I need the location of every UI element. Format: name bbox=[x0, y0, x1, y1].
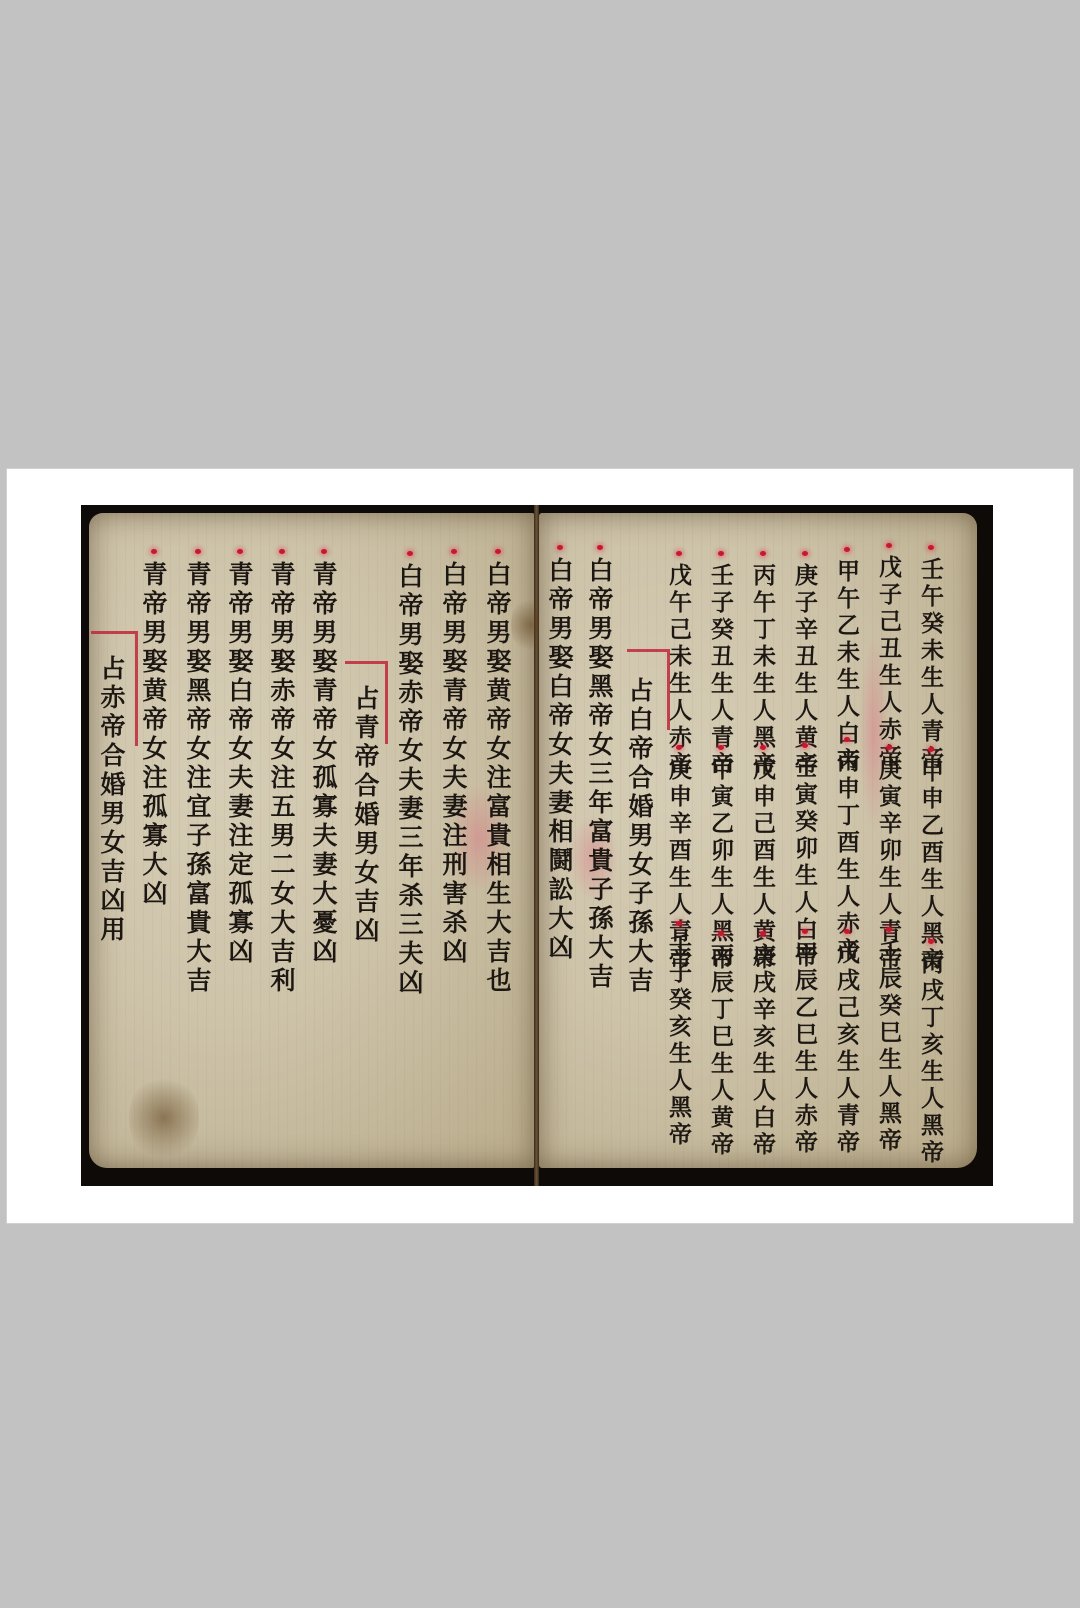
cycle-text: 丙戌丁亥生人黑帝 bbox=[917, 951, 944, 1167]
cycle-col-1-top: 壬午癸未生人青帝 bbox=[919, 557, 942, 773]
entry-text: 青帝男娶黑帝女注宜子孫富貴大吉 bbox=[183, 561, 212, 996]
cycle-col-5-mid: 戊申己酉生人黄帝 bbox=[751, 757, 774, 973]
cycle-col-6-mid: 甲寅乙卯生人黑帝 bbox=[709, 757, 732, 973]
cycle-text: 戊子己丑生人赤帝 bbox=[875, 555, 902, 771]
manuscript-photo: 白帝男娶黄帝女注富貴相生大吉也 白帝男娶青帝女夫妻注刑害杀凶 白帝男娶赤帝女夫妻… bbox=[81, 505, 993, 1186]
heading-text: 占赤帝合婚男女吉凶用 bbox=[97, 655, 126, 945]
entry-text: 白帝男娶黑帝女三年富貴子孫大吉 bbox=[585, 557, 614, 992]
cycle-col-3-bot: 戊戌己亥生人青帝 bbox=[835, 941, 858, 1157]
entry-text: 白帝男娶青帝女夫妻注刑害杀凶 bbox=[439, 561, 468, 967]
entry-text: 青帝男娶青帝女孤寡夫妻大憂凶 bbox=[309, 561, 338, 967]
left-page: 白帝男娶黄帝女注富貴相生大吉也 白帝男娶青帝女夫妻注刑害杀凶 白帝男娶赤帝女夫妻… bbox=[89, 513, 535, 1168]
left-entry-4: 青帝男娶青帝女孤寡夫妻大憂凶 bbox=[311, 561, 336, 967]
cycle-text: 壬辰癸巳生人黑帝 bbox=[875, 939, 902, 1155]
heading-white-emperor: 占白帝合婚男女子孫大吉 bbox=[627, 677, 652, 996]
entry-text: 白帝男娶黄帝女注富貴相生大吉也 bbox=[483, 561, 512, 996]
heading-text: 占青帝合婚男女吉凶 bbox=[351, 685, 380, 946]
entry-text: 白帝男娶白帝女夫妻相鬪訟大凶 bbox=[545, 557, 574, 963]
cycle-col-2-bot: 壬辰癸巳生人黑帝 bbox=[877, 939, 900, 1155]
entry-text: 青帝男娶赤帝女注五男二女大吉利 bbox=[267, 561, 296, 996]
right-entry-1: 白帝男娶黑帝女三年富貴子孫大吉 bbox=[587, 557, 612, 992]
heading-red-emperor: 占赤帝合婚男女吉凶用 bbox=[99, 655, 124, 945]
right-entry-2: 白帝男娶白帝女夫妻相鬪訟大凶 bbox=[547, 557, 572, 963]
left-entry-2: 白帝男娶青帝女夫妻注刑害杀凶 bbox=[441, 561, 466, 967]
cycle-col-6-bot: 丙辰丁巳生人黄帝 bbox=[709, 943, 732, 1159]
left-entry-3: 白帝男娶赤帝女夫妻三年杀三夫凶 bbox=[397, 563, 422, 998]
left-entry-1: 白帝男娶黄帝女注富貴相生大吉也 bbox=[485, 561, 510, 996]
left-entry-8: 青帝男娶黄帝女注孤寡大凶 bbox=[141, 561, 166, 909]
cycle-text: 戊戌己亥生人青帝 bbox=[833, 941, 860, 1157]
left-entry-7: 青帝男娶黑帝女注宜子孫富貴大吉 bbox=[185, 561, 210, 996]
cycle-text: 壬子癸亥生人黑帝 bbox=[665, 933, 692, 1149]
cycle-col-5-bot: 庚戌辛亥生人白帝 bbox=[751, 943, 774, 1159]
cycle-col-2-top: 戊子己丑生人赤帝 bbox=[877, 555, 900, 771]
entry-text: 青帝男娶白帝女夫妻注定孤寡凶 bbox=[225, 561, 254, 967]
left-entry-6: 青帝男娶白帝女夫妻注定孤寡凶 bbox=[227, 561, 252, 967]
cycle-text: 甲午乙未生人白帝 bbox=[833, 559, 860, 775]
cycle-text: 壬午癸未生人青帝 bbox=[917, 557, 944, 773]
heading-text: 占白帝合婚男女子孫大吉 bbox=[625, 677, 654, 996]
entry-text: 青帝男娶黄帝女注孤寡大凶 bbox=[139, 561, 168, 909]
cycle-col-1-bot: 丙戌丁亥生人黑帝 bbox=[919, 951, 942, 1167]
cycle-text: 戊申己酉生人黄帝 bbox=[749, 757, 776, 973]
cycle-text: 甲寅乙卯生人黑帝 bbox=[707, 757, 734, 973]
cycle-text: 丙辰丁巳生人黄帝 bbox=[707, 943, 734, 1159]
right-page: 壬午癸未生人青帝 甲申乙酉生人黑帝 丙戌丁亥生人黑帝 戊子己丑生人赤帝 庚寅辛卯… bbox=[539, 513, 977, 1168]
water-stain bbox=[129, 1073, 199, 1163]
entry-text: 白帝男娶赤帝女夫妻三年杀三夫凶 bbox=[395, 563, 424, 998]
left-entry-5: 青帝男娶赤帝女注五男二女大吉利 bbox=[269, 561, 294, 996]
cycle-col-4-bot: 甲辰乙巳生人赤帝 bbox=[793, 941, 816, 1157]
cycle-col-3-top: 甲午乙未生人白帝 bbox=[835, 559, 858, 775]
cycle-text: 庚戌辛亥生人白帝 bbox=[749, 943, 776, 1159]
cycle-text: 壬寅癸卯生人白帝 bbox=[791, 755, 818, 971]
cycle-col-7-bot: 壬子癸亥生人黑帝 bbox=[667, 933, 690, 1149]
cycle-col-4-mid: 壬寅癸卯生人白帝 bbox=[793, 755, 816, 971]
cycle-text: 甲辰乙巳生人赤帝 bbox=[791, 941, 818, 1157]
heading-green-emperor: 占青帝合婚男女吉凶 bbox=[353, 685, 378, 946]
